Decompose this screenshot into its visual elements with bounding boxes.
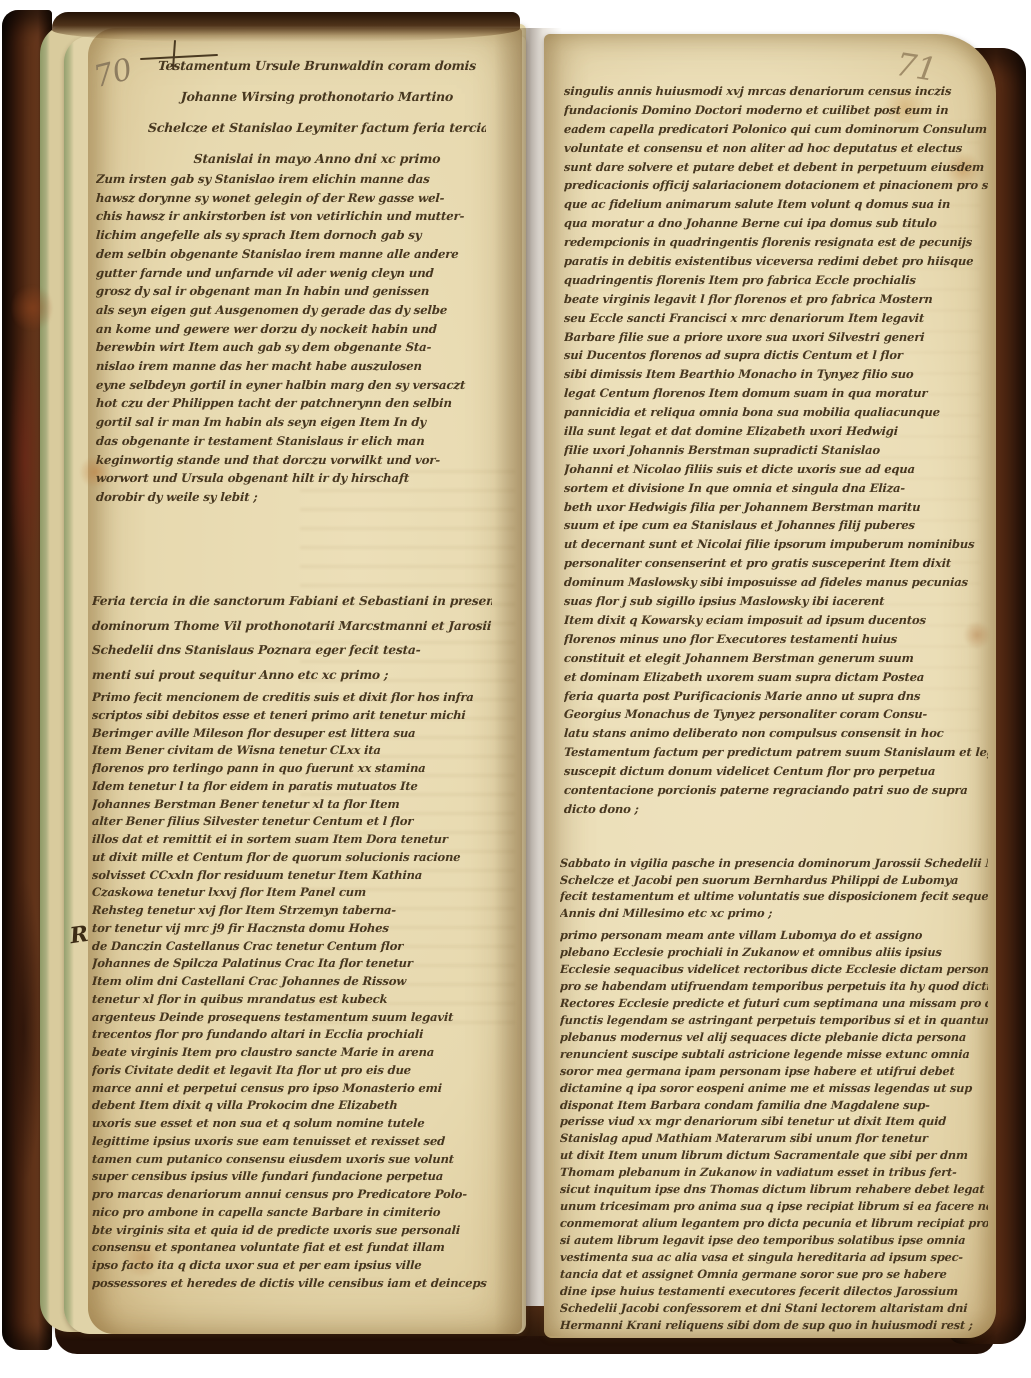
manuscript-line: scriptos sibi debitos esse et teneri pri… (92, 708, 518, 722)
manuscript-line: Schelcze et Jacobi pen suorum Bernhardus… (560, 873, 988, 887)
manuscript-line: Feria tercia in die sanctorum Fabiani et… (92, 594, 492, 608)
manuscript-line: dictamine q ipa soror eospeni anime me e… (560, 1081, 988, 1095)
manuscript-line: Barbare filie sue a priore uxore sua uxo… (564, 330, 988, 344)
manuscript-line: Schelcze et Stanislao Leymiter factum fe… (148, 120, 486, 135)
manuscript-line: disponat Item Barbara condam familia dne… (560, 1098, 988, 1112)
manuscript-line: si autem librum legavit ipse deo tempori… (560, 1233, 988, 1247)
manuscript-line: beate virginis legavit l flor florenos e… (564, 292, 988, 306)
manuscript-line: eyne selbdeyn gortil in eyner halbin mar… (96, 378, 516, 392)
manuscript-line: Johanne Wirsing prothonotario Martino (148, 89, 486, 104)
folio-number-right: 71 (893, 45, 939, 89)
manuscript-line: trecentos flor pro fundando altari in Ec… (92, 1027, 518, 1041)
soiled-top-edge (52, 12, 520, 42)
manuscript-line: conmemorat alium legantem pro dicta pecu… (560, 1216, 988, 1230)
manuscript-line: ut decernant sunt et Nicolai filie ipsor… (564, 537, 988, 551)
manuscript-line: grosz dy sal ir obgenant man In habin un… (96, 284, 516, 298)
manuscript-line: Idem tenetur l ta flor eidem in paratis … (92, 779, 518, 793)
manuscript-line: redempcionis in quadringentis florenis r… (564, 235, 988, 249)
manuscript-line: sibi dimissis Item Bearthio Monacho in T… (564, 367, 988, 381)
manuscript-line: sortem et divisione In que omnia et sing… (564, 481, 988, 495)
manuscript-line: sui Ducentos florenos ad supra dictis Ce… (564, 348, 988, 362)
manuscript-line: debent Item dixit q villa Prokocim dne E… (92, 1098, 518, 1112)
manuscript-line: primo personam meam ante villam Lubomya … (560, 928, 988, 942)
manuscript-line: Sabbato in vigilia pasche in presencia d… (560, 856, 988, 870)
manuscript-line: feria quarta post Purificacionis Marie a… (564, 689, 988, 703)
manuscript-line: beate virginis Item pro claustro sancte … (92, 1045, 518, 1059)
margin-mark: R (68, 921, 90, 949)
manuscript-line: uxoris sue esset et non sua et q solum n… (92, 1116, 518, 1130)
manuscript-line: Item Bener civitam de Wisna tenetur CLxx… (92, 743, 518, 757)
manuscript-line: an kome und gewere wer dorzu dy nockeit … (96, 322, 516, 336)
manuscript-line: tancia dat et assignet Omnia germane sor… (560, 1267, 988, 1281)
manuscript-line: Testamentum Ursule Brunwaldin coram domi… (148, 58, 486, 73)
left-page-paragraph-2: Primo fecit mencionem de creditis suis e… (92, 690, 518, 1290)
manuscript-line: marce anni et perpetui census pro ipso M… (92, 1081, 518, 1095)
manuscript-line: suscepit dictum donum videlicet Centum f… (564, 764, 988, 778)
manuscript-line: eadem capella predicatori Polonico qui c… (564, 122, 988, 136)
manuscript-line: alter Bener filius Silvester tenetur Cen… (92, 814, 518, 828)
manuscript-line: Berimger aville Mileson flor desuper est… (92, 726, 518, 740)
manuscript-line: sunt dare solvere et putare debet et deb… (564, 160, 988, 174)
manuscript-line: dicto dono ; (564, 802, 988, 816)
manuscript-line: Thomam plebanum in Zukanow in vadiatum e… (560, 1165, 988, 1179)
manuscript-line: de Danczin Castellanus Crac tenetur Cent… (92, 939, 518, 953)
manuscript-line: hawsz dorynne sy wonet gelegin of der Re… (96, 191, 516, 205)
manuscript-line: quadringentis florenis Item pro fabrica … (564, 273, 988, 287)
left-page-paragraph-1: Zum irsten gab sy Stanislao irem elichin… (96, 172, 516, 504)
manuscript-line: contentacione porcionis paterne regracia… (564, 783, 988, 797)
manuscript-line: worwort und Ursula obgenant hilt ir dy h… (96, 471, 516, 485)
manuscript-line: legat Centum florenos Item domum suam in… (564, 386, 988, 400)
manuscript-line: Rehsteg tenetur xvj flor Item Strzemyn t… (92, 903, 518, 917)
manuscript-line: tenetur xl flor in quibus mrandatus est … (92, 992, 518, 1006)
manuscript-line: unum tricesimam pro anima sua q ipse rec… (560, 1199, 988, 1213)
manuscript-line: Stanislag apud Mathiam Materarum sibi un… (560, 1131, 988, 1145)
manuscript-line: illos dat et remittit ei in sortem suam … (92, 832, 518, 846)
manuscript-line: suas flor j sub sigillo ipsius Maslowsky… (564, 594, 988, 608)
manuscript-line: singulis annis huiusmodi xvj mrcas denar… (564, 84, 988, 98)
manuscript-line: keginwortig stande und that dorczu vorwi… (96, 453, 516, 467)
manuscript-line: Stanislai in mayo Anno dni xc primo (148, 151, 486, 166)
manuscript-line: als seyn eigen gut Ausgenomen dy gerade … (96, 303, 516, 317)
manuscript-line: pro se habendam utifruendam temporibus p… (560, 979, 988, 993)
manuscript-line: dorobir dy weile sy lebit ; (96, 490, 516, 504)
manuscript-line: ut dixit mille et Centum flor de quorum … (92, 850, 518, 864)
manuscript-line: perisse viud xx mgr denariorum sibi tene… (560, 1114, 988, 1128)
manuscript-line: Item dixit q Kowarsky eciam imposuit ad … (564, 613, 988, 627)
manuscript-line: foris Civitate dedit et legavit Ita flor… (92, 1063, 518, 1077)
left-page-section2-heading: Feria tercia in die sanctorum Fabiani et… (92, 594, 492, 682)
manuscript-line: paratis in debitis existentibus vicevers… (564, 254, 988, 268)
foxing-spot (12, 282, 52, 334)
manuscript-line: das obgenante ir testament Stanislaus ir… (96, 434, 516, 448)
manuscript-line: Hermanni Krani reliquens sibi dom de sup… (560, 1318, 988, 1332)
manuscript-line: possessores et heredes de dictis ville c… (92, 1276, 518, 1290)
manuscript-line: fundacionis Domino Doctori moderno et cu… (564, 103, 988, 117)
manuscript-line: suum et ipe cum ea Stanislaus et Johanne… (564, 518, 988, 532)
manuscript-line: pro marcas denariorum annui census pro P… (92, 1187, 518, 1201)
manuscript-line: et dominam Elizabeth uxorem suam supra d… (564, 670, 988, 684)
manuscript-line: tor tenetur vij mrc j9 fir Hacznsta domu… (92, 921, 518, 935)
manuscript-line: renuncient suscipe subtali astricione le… (560, 1047, 988, 1061)
manuscript-line: beth uxor Hedwigis filia per Johannem Be… (564, 500, 988, 514)
left-page-heading: Testamentum Ursule Brunwaldin coram domi… (148, 58, 486, 166)
manuscript-line: tamen cum putanico consensu eiusdem uxor… (92, 1152, 518, 1166)
manuscript-line: Czaskowa tenetur lxxvj flor Item Panel c… (92, 885, 518, 899)
manuscript-line: Johannes Berstman Bener tenetur xl ta fl… (92, 797, 518, 811)
manuscript-line: chis hawsz ir ankirstorben ist von vetir… (96, 209, 516, 223)
manuscript-line: functis legendam se astringant perpetuis… (560, 1013, 988, 1027)
manuscript-line: hot czu der Philippen tacht der patchner… (96, 396, 516, 410)
manuscript-line: berewbin wirt Item auch gab sy dem obgen… (96, 340, 516, 354)
manuscript-line: bte virginis sita et quia id de predicte… (92, 1223, 518, 1237)
manuscript-line: qua moratur a dno Johanne Berne cui ipa … (564, 216, 988, 230)
manuscript-line: super censibus ipsius ville fundari fund… (92, 1169, 518, 1183)
manuscript-line: Zum irsten gab sy Stanislao irem elichin… (96, 172, 516, 186)
manuscript-line: constituit et elegit Johannem Berstman g… (564, 651, 988, 665)
manuscript-line: pannicidia et reliqua omnia bona sua mob… (564, 405, 988, 419)
manuscript-line: dem selbin obgenante Stanislao irem mann… (96, 247, 516, 261)
manuscript-line: florenos minus uno flor Executores testa… (564, 632, 988, 646)
manuscript-line: Schedelii Jacobi confessorem et dni Stan… (560, 1301, 988, 1315)
manuscript-photo: 70 71 R Testamentum Ursule Brunwaldin co… (0, 0, 1031, 1378)
manuscript-line: ut dixit Item unum librum dictum Sacrame… (560, 1148, 988, 1162)
manuscript-line: solvisset CCxxln flor residuum tenetur I… (92, 868, 518, 882)
manuscript-line: sicut inquitum ipse dns Thomas dictum li… (560, 1182, 988, 1196)
manuscript-line: Ecclesie sequacibus videlicet rectoribus… (560, 962, 988, 976)
manuscript-line: voluntate et consensu et non aliter ad h… (564, 141, 988, 155)
manuscript-line: nislao irem manne das her macht habe aus… (96, 359, 516, 373)
manuscript-line: seu Eccle sancti Francisci x mrc denario… (564, 311, 988, 325)
right-page-block-3: primo personam meam ante villam Lubomya … (560, 928, 988, 1332)
manuscript-line: Primo fecit mencionem de creditis suis e… (92, 690, 518, 704)
manuscript-line: gortil sal ir man Im habin als seyn eige… (96, 415, 516, 429)
manuscript-line: Annis dni Millesimo etc xc primo ; (560, 906, 988, 920)
manuscript-line: que ac fidelium animarum salute Item vol… (564, 197, 988, 211)
manuscript-line: plebano Ecclesie prochiali in Zukanow et… (560, 945, 988, 959)
manuscript-line: filie uxori Johannis Berstman supradicti… (564, 443, 988, 457)
manuscript-line: Johannes de Spilcza Palatinus Crac Ita f… (92, 956, 518, 970)
manuscript-line: personaliter consenserint et pro gratis … (564, 556, 988, 570)
manuscript-line: consensu et spontanea voluntate fiat et … (92, 1240, 518, 1254)
manuscript-line: vestimenta sua ac alia vasa et singula h… (560, 1250, 988, 1264)
manuscript-line: predicacionis officij salariacionem dota… (564, 178, 988, 192)
manuscript-line: latu stans animo deliberato non compulsu… (564, 726, 988, 740)
leather-wear-blotch (8, 330, 42, 590)
manuscript-line: Item olim dni Castellani Crac Johannes d… (92, 974, 518, 988)
manuscript-line: argenteus Deinde prosequens testamentum … (92, 1010, 518, 1024)
manuscript-line: dine ipse huius testamenti executores fe… (560, 1284, 988, 1298)
manuscript-line: Schedelii dns Stanislaus Poznara eger fe… (92, 643, 492, 657)
manuscript-line: lichim angefelle als sy sprach Item dorn… (96, 228, 516, 242)
manuscript-line: Rectores Ecclesie predicte et futuri cum… (560, 996, 988, 1010)
manuscript-line: plebanus modernus vel alij sequaces dict… (560, 1030, 988, 1044)
manuscript-line: gutter farnde und unfarnde vil ader weni… (96, 266, 516, 280)
right-page-block-2: Sabbato in vigilia pasche in presencia d… (560, 856, 988, 920)
manuscript-line: illa sunt legat et dat domine Elizabeth … (564, 424, 988, 438)
manuscript-line: florenos pro terlingo pann in quo fuerun… (92, 761, 518, 775)
manuscript-line: ipso facto ita q dicta uxor sua et per e… (92, 1258, 518, 1272)
manuscript-line: fecit testamentum et ultime voluntatis s… (560, 889, 988, 903)
right-page-block-1: singulis annis huiusmodi xvj mrcas denar… (564, 84, 988, 816)
manuscript-line: Johanni et Nicolao filiis suis et dicte … (564, 462, 988, 476)
manuscript-line: Testamentum factum per predictum patrem … (564, 745, 988, 759)
manuscript-line: Georgius Monachus de Tynyez personaliter… (564, 707, 988, 721)
manuscript-line: dominorum Thome Vil prothonotarii Marcst… (92, 619, 492, 633)
manuscript-line: menti sui prout sequitur Anno etc xc pri… (92, 668, 492, 682)
manuscript-line: dominum Maslowsky sibi imposuisse ad fid… (564, 575, 988, 589)
manuscript-line: legittime ipsius uxoris sue eam tenuisse… (92, 1134, 518, 1148)
leather-wear-blotch (6, 880, 42, 1180)
manuscript-line: nico pro ambone in capella sancte Barbar… (92, 1205, 518, 1219)
manuscript-line: soror mea germana ipam personam ipse hab… (560, 1064, 988, 1078)
